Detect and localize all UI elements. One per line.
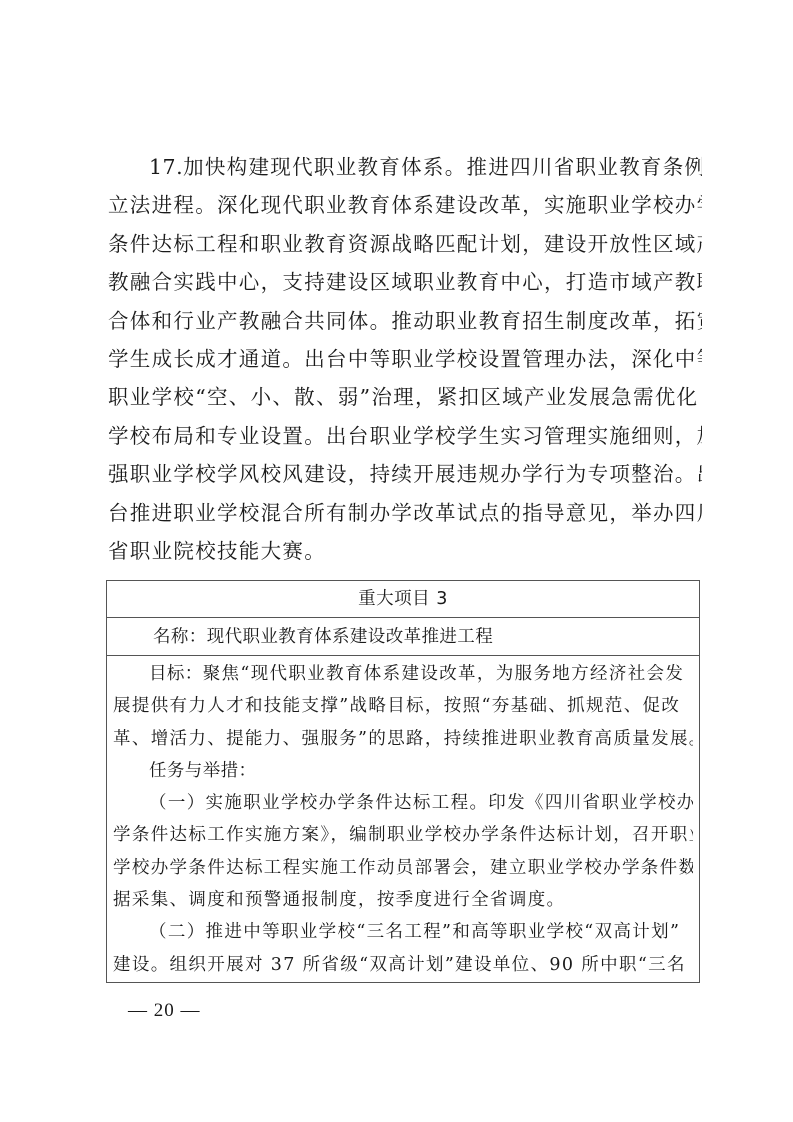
section-17-paragraph: 17.加快构建现代职业教育体系。推进四川省职业教育条例 立法进程。深化现代职业教… bbox=[108, 148, 702, 570]
project-name-row: 名称：现代职业教育体系建设改革推进工程 bbox=[107, 618, 699, 656]
tasks-label: 任务与举措： bbox=[149, 761, 256, 781]
goal-label: 目标： bbox=[149, 664, 203, 684]
section-heading: 加快构建现代职业教育体系。 bbox=[183, 155, 466, 179]
paragraph-line: 台推进职业学校混合所有制办学改革试点的指导意见，举办四川 bbox=[108, 494, 702, 532]
section-number: 17. bbox=[149, 155, 183, 179]
paragraph-line: 条件达标工程和职业教育资源战略匹配计划，建设开放性区域产 bbox=[108, 225, 702, 263]
paragraph-line: 教融合实践中心，支持建设区域职业教育中心，打造市域产教联 bbox=[108, 263, 702, 301]
task-2-line: 建设。组织开展对 37 所省级“双高计划”建设单位、90 所中职“三名 bbox=[113, 949, 693, 981]
project-title: 重大项目 3 bbox=[107, 581, 699, 618]
tasks-heading-line: 任务与举措： bbox=[113, 755, 693, 787]
major-project-box: 重大项目 3 名称：现代职业教育体系建设改革推进工程 目标：聚焦“现代职业教育体… bbox=[106, 580, 700, 983]
project-name-label: 名称： bbox=[153, 627, 207, 647]
task-1-line: 学条件达标工作实施方案》，编制职业学校办学条件达标计划，召开职业 bbox=[113, 819, 693, 851]
project-body: 目标：聚焦“现代职业教育体系建设改革，为服务地方经济社会发 展提供有力人才和技能… bbox=[107, 656, 699, 981]
task-1-line: 学校办学条件达标工程实施工作动员部署会，建立职业学校办学条件数 bbox=[113, 852, 693, 884]
paragraph-line: 17.加快构建现代职业教育体系。推进四川省职业教育条例 bbox=[108, 148, 702, 186]
paragraph-line: 合体和行业产教融合共同体。推动职业教育招生制度改革，拓宽 bbox=[108, 302, 702, 340]
page-number: — 20 — bbox=[128, 1000, 201, 1022]
goal-line: 革、增活力、提能力、强服务”的思路，持续推进职业教育高质量发展。 bbox=[113, 723, 693, 755]
paragraph-line: 学生成长成才通道。出台中等职业学校设置管理办法，深化中等 bbox=[108, 340, 702, 378]
project-name-value: 现代职业教育体系建设改革推进工程 bbox=[207, 627, 493, 647]
paragraph-line: 立法进程。深化现代职业教育体系建设改革，实施职业学校办学 bbox=[108, 186, 702, 224]
paragraph-line: 强职业学校学风校风建设，持续开展违规办学行为专项整治。出 bbox=[108, 455, 702, 493]
task-2-line: （二）推进中等职业学校“三名工程”和高等职业学校“双高计划” bbox=[113, 916, 693, 948]
paragraph-line: 职业学校“空、小、散、弱”治理，紧扣区域产业发展急需优化 bbox=[108, 378, 702, 416]
goal-line: 目标：聚焦“现代职业教育体系建设改革，为服务地方经济社会发 bbox=[113, 658, 693, 690]
paragraph-line: 学校布局和专业设置。出台职业学校学生实习管理实施细则，加 bbox=[108, 417, 702, 455]
task-1-line: （一）实施职业学校办学条件达标工程。印发《四川省职业学校办 bbox=[113, 787, 693, 819]
paragraph-line: 省职业院校技能大赛。 bbox=[108, 532, 702, 570]
task-1-line: 据采集、调度和预警通报制度，按季度进行全省调度。 bbox=[113, 884, 693, 916]
goal-line: 展提供有力人才和技能支撑”战略目标，按照“夯基础、抓规范、促改 bbox=[113, 690, 693, 722]
